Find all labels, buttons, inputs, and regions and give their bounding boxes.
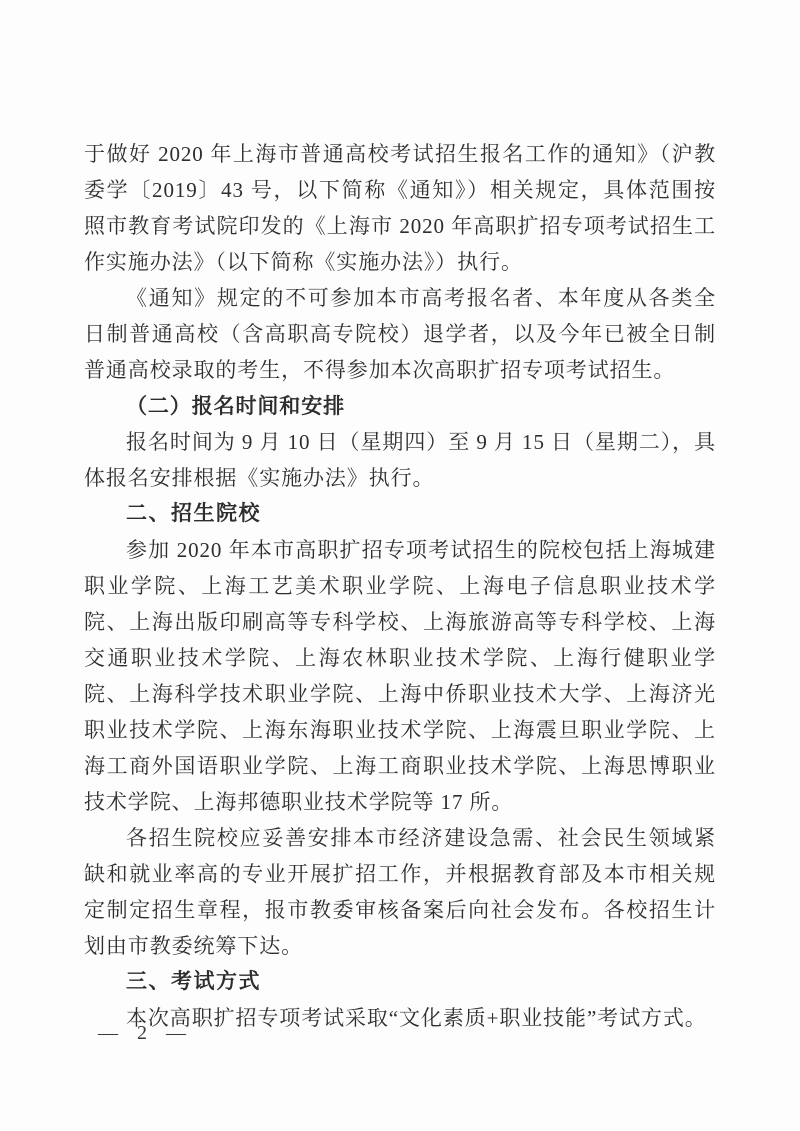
page-number: — 2 — — [98, 1022, 186, 1045]
document-page: 于做好 2020 年上海市普通高校考试招生报名工作的通知》（沪教委学〔2019〕… — [0, 0, 800, 1131]
document-body: 于做好 2020 年上海市普通高校考试招生报名工作的通知》（沪教委学〔2019〕… — [84, 136, 716, 1036]
section-heading-exam-method: 三、考试方式 — [84, 964, 716, 1000]
sub-heading-registration-time: （二）报名时间和安排 — [84, 388, 716, 424]
paragraph-continuation: 于做好 2020 年上海市普通高校考试招生报名工作的通知》（沪教委学〔2019〕… — [84, 136, 716, 280]
paragraph: 《通知》规定的不可参加本市高考报名者、本年度从各类全日制普通高校（含高职高专院校… — [84, 280, 716, 388]
paragraph: 参加 2020 年本市高职扩招专项考试招生的院校包括上海城建职业学院、上海工艺美… — [84, 532, 716, 820]
section-heading-enrollment-colleges: 二、招生院校 — [84, 496, 716, 532]
paragraph: 报名时间为 9 月 10 日（星期四）至 9 月 15 日（星期二），具体报名安… — [84, 424, 716, 496]
paragraph: 各招生院校应妥善安排本市经济建设急需、社会民生领域紧缺和就业率高的专业开展扩招工… — [84, 820, 716, 964]
